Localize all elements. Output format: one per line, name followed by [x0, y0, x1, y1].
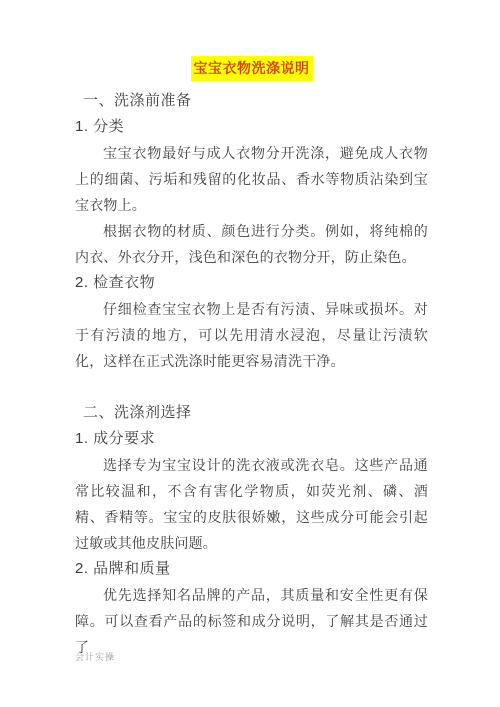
subheading-ingredient-requirements: 1. 成分要求 — [75, 426, 428, 452]
subheading-classification: 1. 分类 — [75, 114, 428, 140]
document-body: 宝宝衣物洗涤说明 一、洗涤前准备 1. 分类 宝宝衣物最好与成人衣物分开洗涤，避… — [75, 56, 428, 660]
section-heading: 二、洗涤剂选择 — [75, 400, 428, 426]
watermark: 会计实操 — [75, 650, 115, 663]
subheading-inspect-clothes: 2. 检查衣物 — [75, 270, 428, 296]
section-detergent-selection: 二、洗涤剂选择 1. 成分要求 选择专为宝宝设计的洗衣液或洗衣皂。这些产品通常比… — [75, 400, 428, 660]
document-page: 宝宝衣物洗涤说明 一、洗涤前准备 1. 分类 宝宝衣物最好与成人衣物分开洗涤，避… — [0, 0, 500, 707]
paragraph: 选择专为宝宝设计的洗衣液或洗衣皂。这些产品通常比较温和，不含有害化学物质，如荧光… — [75, 452, 428, 556]
paragraph: 根据衣物的材质、颜色进行分类。例如，将纯棉的内衣、外衣分开，浅色和深色的衣物分开… — [75, 218, 428, 270]
section-gap — [75, 374, 428, 400]
document-title: 宝宝衣物洗涤说明 — [191, 56, 313, 81]
title-line: 宝宝衣物洗涤说明 — [75, 56, 428, 84]
paragraph: 宝宝衣物最好与成人衣物分开洗涤，避免成人衣物上的细菌、污垢和残留的化妆品、香水等… — [75, 140, 428, 218]
subheading-brand-and-quality: 2. 品牌和质量 — [75, 556, 428, 582]
paragraph: 优先选择知名品牌的产品，其质量和安全性更有保障。可以查看产品的标签和成分说明，了… — [75, 582, 428, 660]
paragraph: 仔细检查宝宝衣物上是否有污渍、异味或损坏。对于有污渍的地方，可以先用清水浸泡，尽… — [75, 296, 428, 374]
section-washing-preparation: 一、洗涤前准备 1. 分类 宝宝衣物最好与成人衣物分开洗涤，避免成人衣物上的细菌… — [75, 88, 428, 374]
section-heading: 一、洗涤前准备 — [75, 88, 428, 114]
